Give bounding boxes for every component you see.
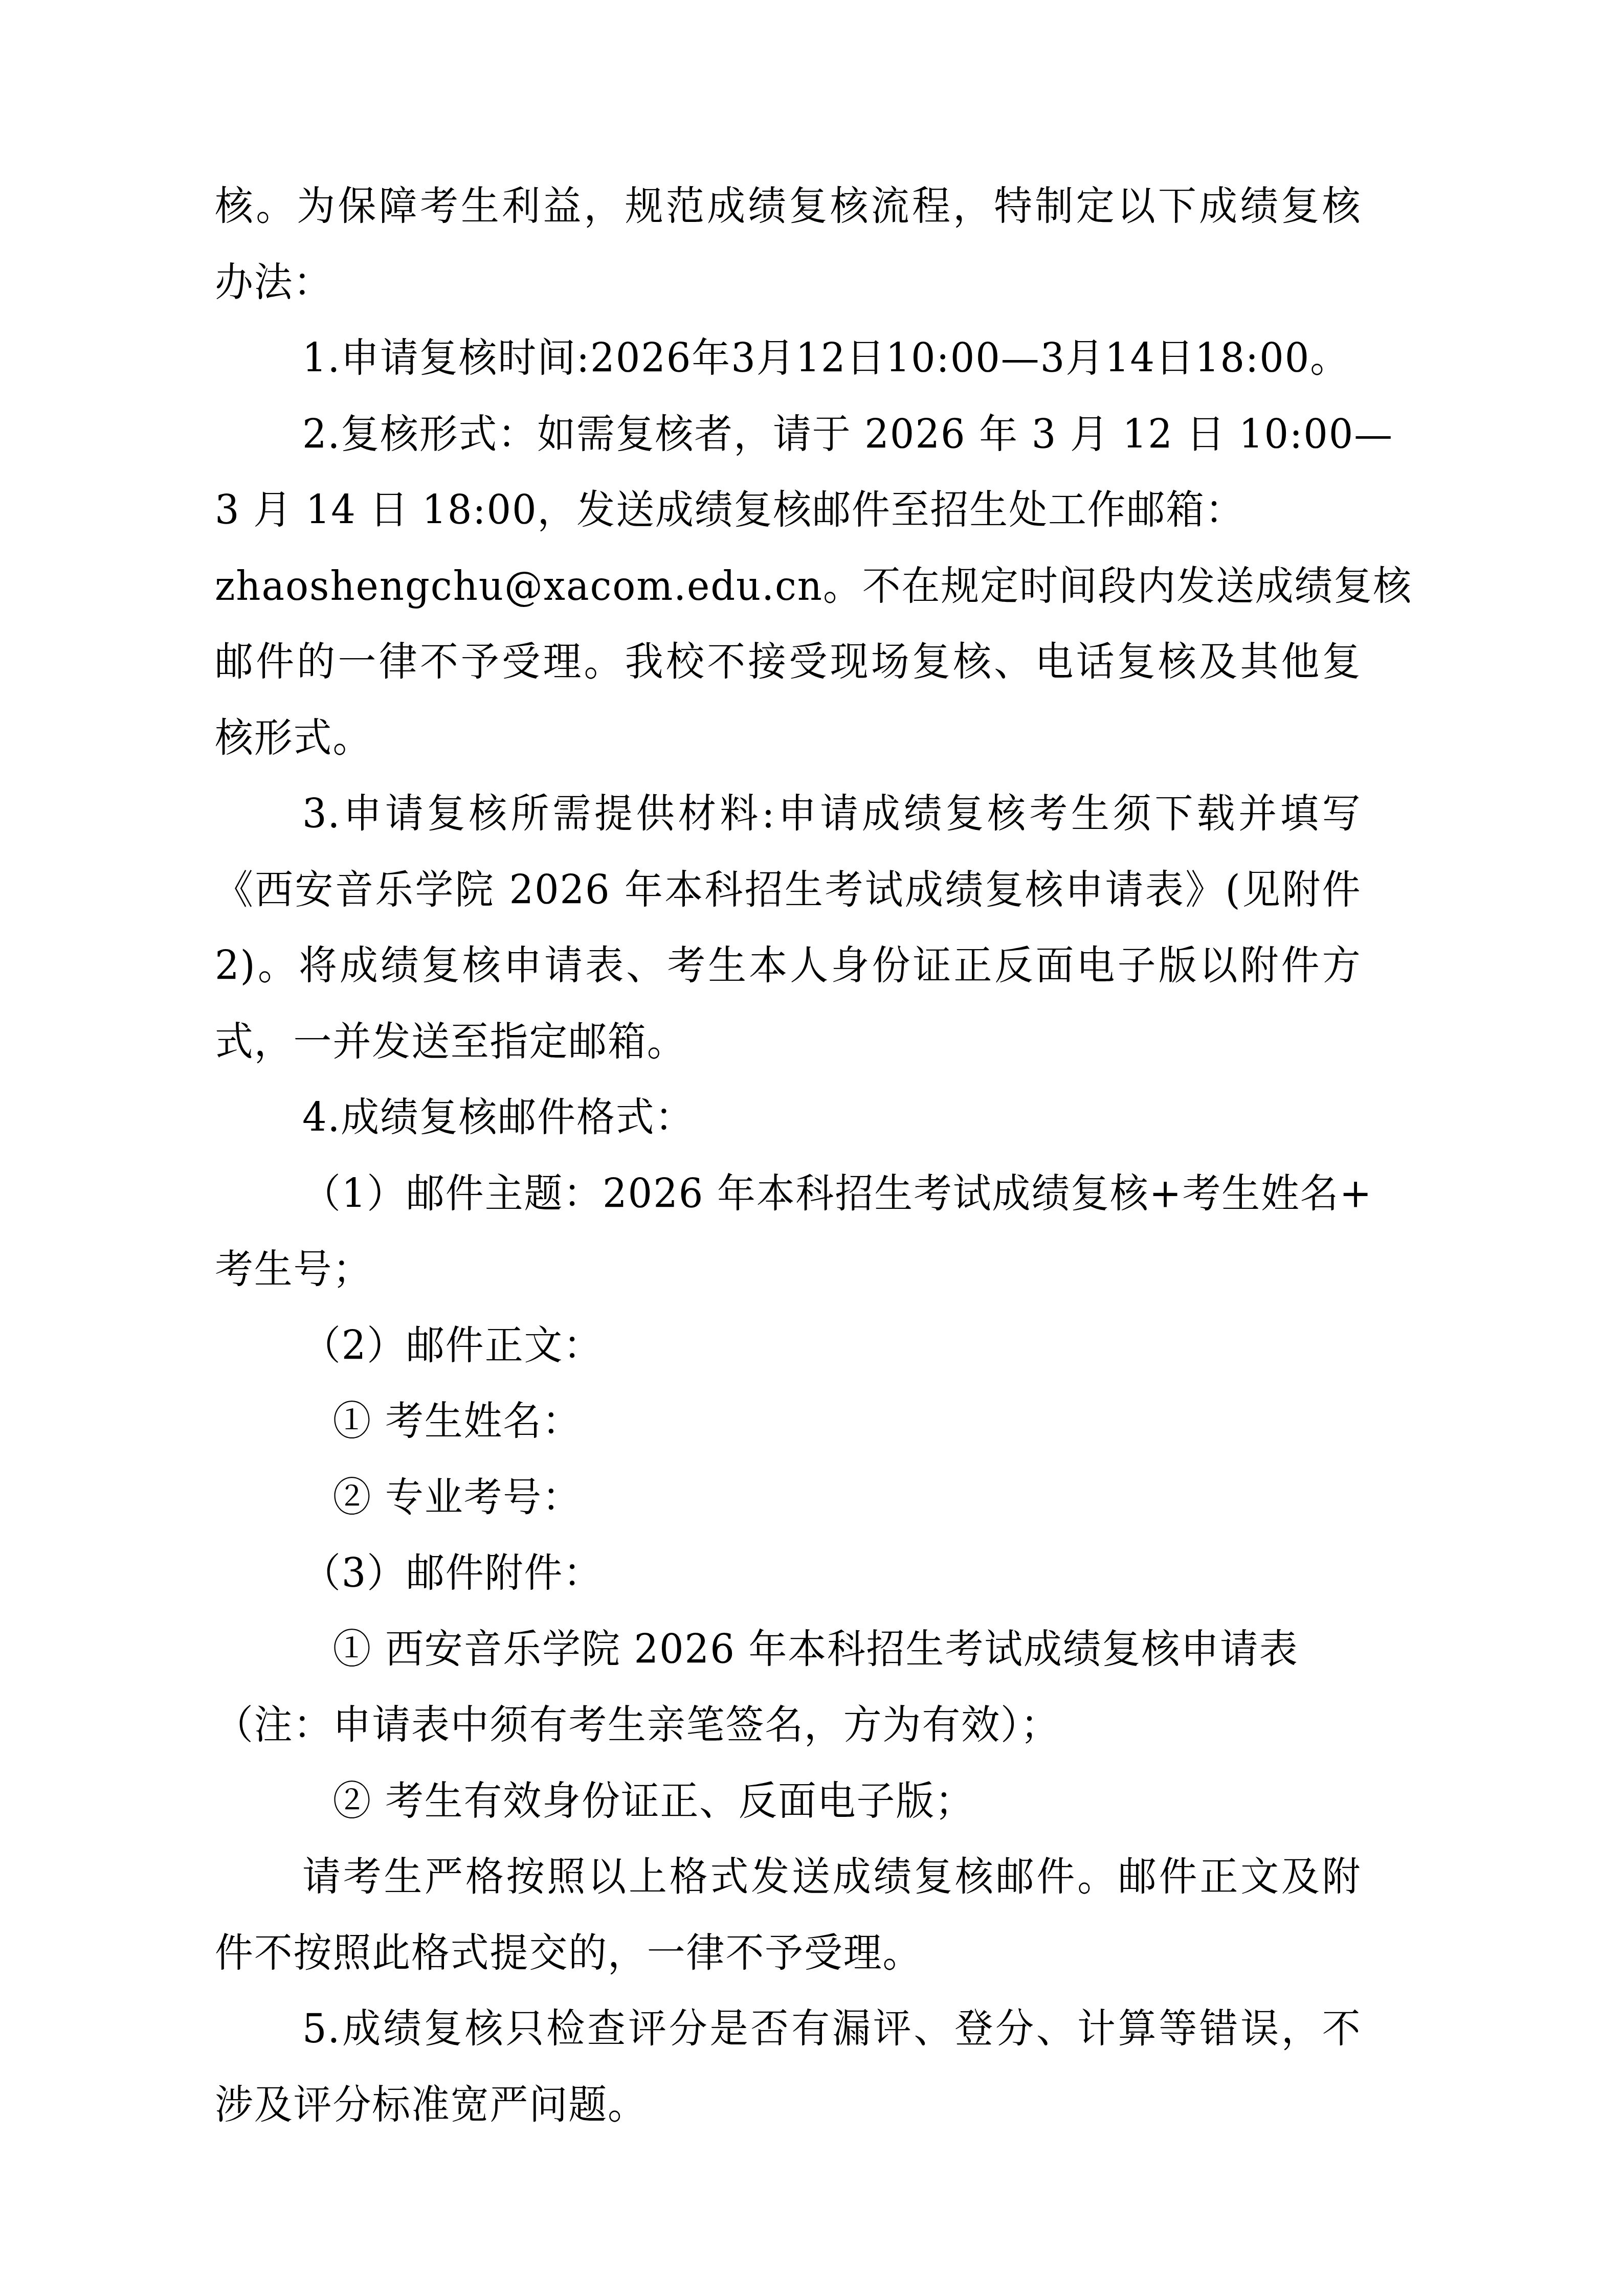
item-5-review-scope-line-1: 5.成绩复核只检查评分是否有漏评、登分、计算等错误，不 <box>215 1991 1362 2067</box>
item-3-materials-line-3: 2)。将成绩复核申请表、考生本人身份证正反面电子版以附件方 <box>215 928 1362 1004</box>
item-3-materials-line-1: 3.申请复核所需提供材料:申请成绩复核考生须下载并填写 <box>215 776 1362 852</box>
item-2-review-form-line-4: 邮件的一律不予受理。我校不接受现场复核、电话复核及其他复 <box>215 624 1362 701</box>
attachment-application-form: ① 西安音乐学院 2026 年本科招生考试成绩复核申请表 <box>215 1612 1362 1688</box>
item-2-review-form-line-5: 核形式。 <box>215 701 1362 777</box>
paragraph-intro-line-1: 核。为保障考生利益，规范成绩复核流程，特制定以下成绩复核 <box>215 169 1362 245</box>
item-4-email-format-heading: 4.成绩复核邮件格式： <box>215 1080 1362 1156</box>
email-subject-line-2: 考生号； <box>215 1232 1362 1308</box>
email-body-candidate-name: ① 考生姓名： <box>215 1384 1362 1460</box>
document-page: 核。为保障考生利益，规范成绩复核流程，特制定以下成绩复核 办法： 1.申请复核时… <box>215 169 1409 2143</box>
email-subject-line-1: （1）邮件主题：2026 年本科招生考试成绩复核+考生姓名+ <box>215 1156 1362 1232</box>
email-body-heading: （2）邮件正文： <box>215 1308 1362 1384</box>
item-2-review-form-line-1: 2.复核形式：如需复核者，请于 2026 年 3 月 12 日 10:00— <box>215 397 1362 473</box>
item-5-review-scope-line-2: 涉及评分标准宽严问题。 <box>215 2067 1362 2144</box>
item-1-review-time: 1.申请复核时间:2026年3月12日10:00—3月14日18:00。 <box>215 321 1362 397</box>
format-warning-line-2: 件不按照此格式提交的，一律不予受理。 <box>215 1916 1362 1992</box>
attachment-application-form-note: （注：申请表中须有考生亲笔签名，方为有效）； <box>215 1687 1362 1764</box>
email-attachments-heading: （3）邮件附件： <box>215 1536 1362 1612</box>
email-body-exam-number: ② 专业考号： <box>215 1460 1362 1536</box>
item-3-materials-line-4: 式，一并发送至指定邮箱。 <box>215 1004 1362 1081</box>
item-2-review-form-email-line: zhaoshengchu@xacom.edu.cn。不在规定时间段内发送成绩复核 <box>215 549 1362 625</box>
paragraph-intro-line-2: 办法： <box>215 245 1362 321</box>
item-3-materials-line-2: 《西安音乐学院 2026 年本科招生考试成绩复核申请表》(见附件 <box>215 852 1362 929</box>
format-warning-line-1: 请考生严格按照以上格式发送成绩复核邮件。邮件正文及附 <box>215 1839 1362 1916</box>
item-2-review-form-line-2: 3 月 14 日 18:00，发送成绩复核邮件至招生处工作邮箱： <box>215 472 1362 549</box>
attachment-id-card: ② 考生有效身份证正、反面电子版； <box>215 1764 1362 1840</box>
